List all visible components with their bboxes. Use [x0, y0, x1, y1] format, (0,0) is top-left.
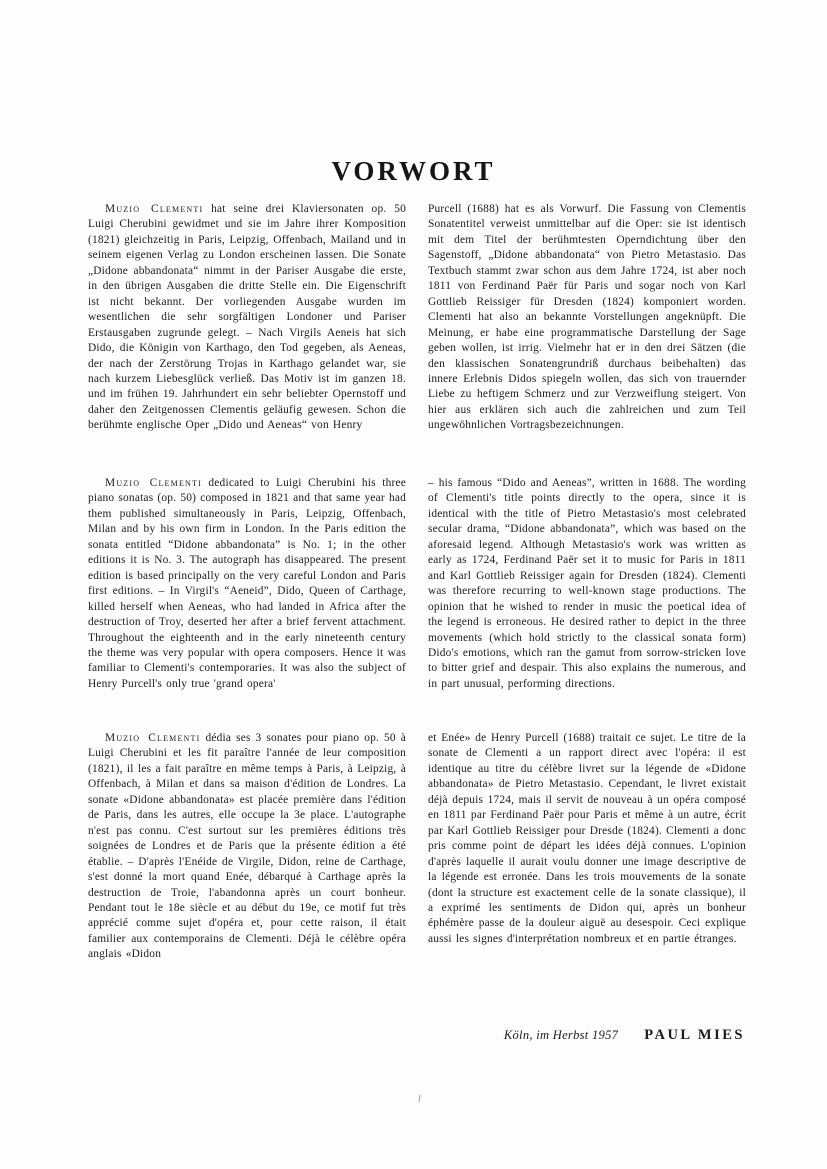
preface-page: VORWORT Muzio Clementi hat seine drei Kl…	[0, 0, 827, 1169]
french-right-paragraph: et Enée» de Henry Purcell (1688) traitai…	[428, 731, 746, 947]
english-right-paragraph: – his famous “Dido and Aeneas”, written …	[428, 476, 746, 692]
german-right-column: Purcell (1688) hat es als Vorwurf. Die F…	[428, 202, 746, 434]
english-right-column: – his famous “Dido and Aeneas”, written …	[428, 476, 746, 692]
french-left-paragraph: Muzio Clementi dédia ses 3 sonates pour …	[88, 731, 406, 963]
preface-section-german: Muzio Clementi hat seine drei Klavierson…	[88, 202, 746, 434]
german-right-paragraph: Purcell (1688) hat es als Vorwurf. Die F…	[428, 202, 746, 434]
signature-author: PAUL MIES	[644, 1027, 745, 1043]
preface-section-french: Muzio Clementi dédia ses 3 sonates pour …	[88, 731, 746, 963]
english-left-paragraph: Muzio Clementi dedicated to Luigi Cherub…	[88, 476, 406, 692]
french-left-text: dédia ses 3 sonates pour piano op. 50 à …	[88, 732, 406, 960]
page-title: VORWORT	[0, 156, 827, 187]
german-left-column: Muzio Clementi hat seine drei Klavierson…	[88, 202, 406, 434]
signature-line: Köln, im Herbst 1957PAUL MIES	[504, 1026, 745, 1044]
author-name-lead-french: Muzio Clementi	[105, 732, 201, 744]
preface-section-english: Muzio Clementi dedicated to Luigi Cherub…	[88, 476, 746, 692]
french-left-column: Muzio Clementi dédia ses 3 sonates pour …	[88, 731, 406, 963]
english-left-column: Muzio Clementi dedicated to Luigi Cherub…	[88, 476, 406, 692]
german-left-text: hat seine drei Klaviersonaten op. 50 Lui…	[88, 203, 406, 431]
printers-foot-mark	[419, 1095, 421, 1102]
french-right-column: et Enée» de Henry Purcell (1688) traitai…	[428, 731, 746, 963]
signature-place-date: Köln, im Herbst 1957	[504, 1028, 618, 1042]
german-left-paragraph: Muzio Clementi hat seine drei Klavierson…	[88, 202, 406, 434]
author-name-lead-english: Muzio Clementi	[105, 477, 202, 489]
english-left-text: dedicated to Luigi Cherubini his three p…	[88, 477, 406, 690]
author-name-lead-german: Muzio Clementi	[105, 203, 203, 215]
